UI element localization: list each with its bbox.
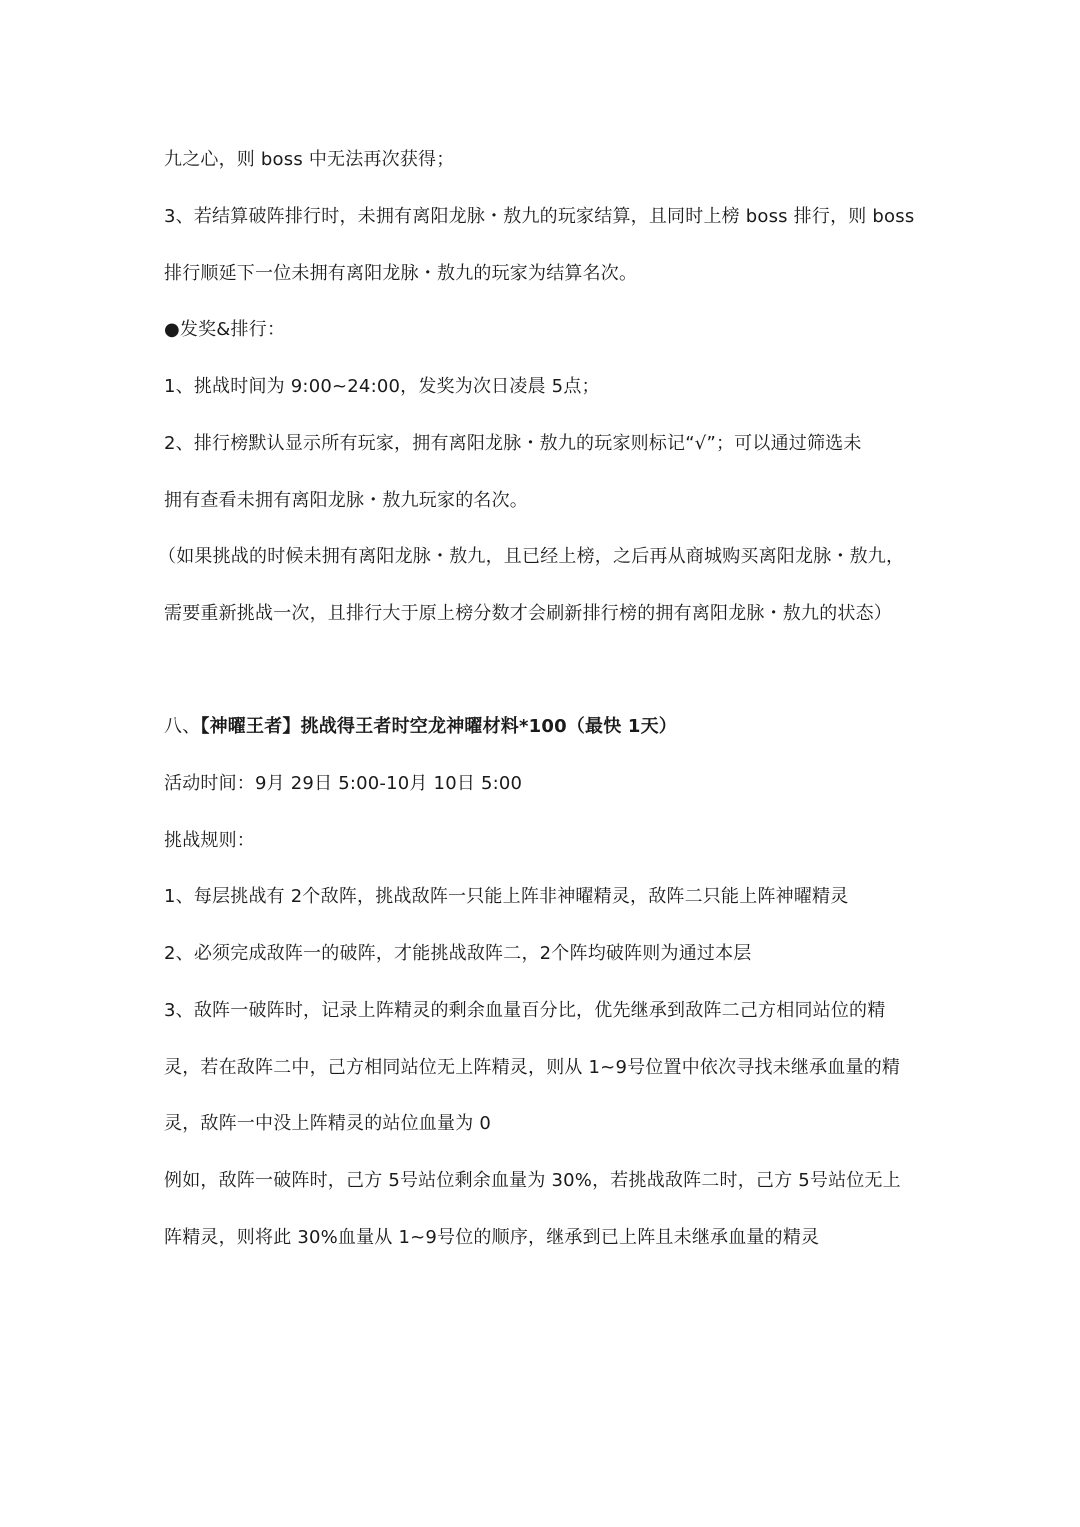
rule-line: 3、敌阵一破阵时，记录上阵精灵的剩余血量百分比，优先继承到敌阵二己方相同站位的精 <box>164 999 885 1023</box>
awards-note: （如果挑战的时候未拥有离阳龙脉・敖九，且已经上榜，之后再从商城购买离阳龙脉・敖九… <box>158 545 904 569</box>
section-eight-heading: 八、【神曜王者】挑战得王者时空龙神曜材料*100（最快 1天） <box>164 715 677 739</box>
activity-time: 活动时间：9月 29日 5:00-10月 10日 5:00 <box>164 772 522 796</box>
awards-rule-1: 1、挑战时间为 9:00~24:00，发奖为次日凌晨 5点； <box>164 375 600 399</box>
rule-line: 1、每层挑战有 2个敌阵，挑战敌阵一只能上阵非神曜精灵，敌阵二只能上阵神曜精灵 <box>164 885 848 909</box>
awards-rule-2: 2、排行榜默认显示所有玩家，拥有离阳龙脉・敖九的玩家则标记“√”；可以通过筛选未 <box>164 432 862 456</box>
rule-line: 2、必须完成敌阵一的破阵，才能挑战敌阵二，2个阵均破阵则为通过本层 <box>164 942 752 966</box>
awards-rule-2-cont: 拥有查看未拥有离阳龙脉・敖九玩家的名次。 <box>164 489 528 513</box>
rule-line: 灵，若在敌阵二中，己方相同站位无上阵精灵，则从 1~9号位置中依次寻找未继承血量… <box>164 1056 900 1080</box>
text-line: 3、若结算破阵排行时，未拥有离阳龙脉・敖九的玩家结算，且同时上榜 boss 排行… <box>164 205 914 229</box>
text-line: 九之心，则 boss 中无法再次获得； <box>164 148 454 172</box>
text-line: 排行顺延下一位未拥有离阳龙脉・敖九的玩家为结算名次。 <box>164 262 637 286</box>
rule-line: 灵，敌阵一中没上阵精灵的站位血量为 0 <box>164 1112 491 1136</box>
section-number: 八、 <box>164 716 200 737</box>
rules-heading: 挑战规则： <box>164 829 255 853</box>
awards-heading: ●发奖&排行： <box>164 318 285 342</box>
example-line: 例如，敌阵一破阵时，己方 5号站位剩余血量为 30%，若挑战敌阵二时，己方 5号… <box>164 1169 901 1193</box>
example-line: 阵精灵，则将此 30%血量从 1~9号位的顺序，继承到已上阵且未继承血量的精灵 <box>164 1226 819 1250</box>
section-title: 【神曜王者】挑战得王者时空龙神曜材料*100（最快 1天） <box>200 716 677 737</box>
document-page: 九之心，则 boss 中无法再次获得； 3、若结算破阵排行时，未拥有离阳龙脉・敖… <box>0 0 1080 1527</box>
awards-note-cont: 需要重新挑战一次，且排行大于原上榜分数才会刷新排行榜的拥有离阳龙脉・敖九的状态） <box>164 602 892 626</box>
